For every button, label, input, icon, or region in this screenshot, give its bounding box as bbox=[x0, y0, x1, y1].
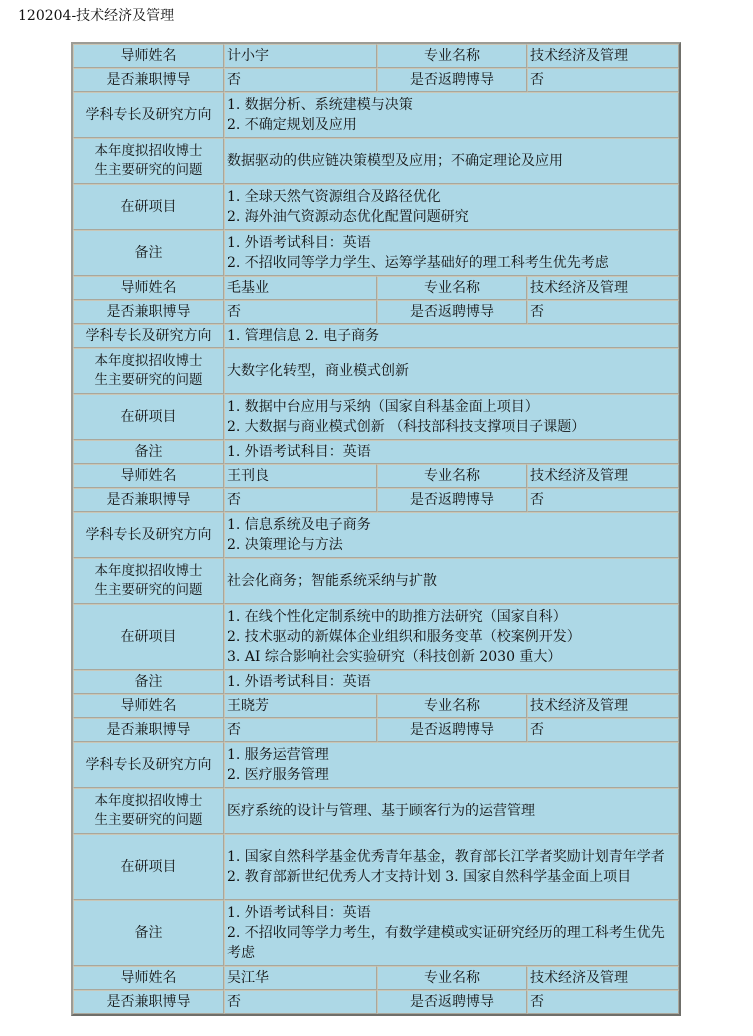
research-problem-label: 本年度拟招收博士 生主要研究的问题 bbox=[73, 788, 224, 834]
table-row: 是否兼职博导 否 是否返聘博导 否 bbox=[73, 718, 679, 742]
rehired-label: 是否返聘博导 bbox=[377, 68, 527, 92]
projects-value: 1. 国家自然科学基金优秀青年基金，教育部长江学者奖励计划青年学者 2. 教育部… bbox=[224, 834, 679, 900]
page-title: 120204-技术经济及管理 bbox=[18, 6, 174, 26]
table-row: 在研项目 1. 数据中台应用与采纳（国家自科基金面上项目） 2. 大数据与商业模… bbox=[73, 394, 679, 440]
rehired-value: 否 bbox=[527, 990, 679, 1014]
table-row: 本年度拟招收博士 生主要研究的问题 社会化商务；智能系统采纳与扩散 bbox=[73, 558, 679, 604]
advisor-name-label: 导师姓名 bbox=[73, 44, 224, 68]
major-name-value: 技术经济及管理 bbox=[527, 694, 679, 718]
remarks-value: 1. 外语考试科目：英语 bbox=[224, 670, 679, 694]
project-line: 1. 数据中台应用与采纳（国家自科基金面上项目） bbox=[227, 397, 676, 417]
table-row: 导师姓名 王晓芳 专业名称 技术经济及管理 bbox=[73, 694, 679, 718]
major-name-label: 专业名称 bbox=[377, 966, 527, 990]
rehired-value: 否 bbox=[527, 300, 679, 324]
table-row: 本年度拟招收博士 生主要研究的问题 医疗系统的设计与管理、基于顾客行为的运营管理 bbox=[73, 788, 679, 834]
table-row: 是否兼职博导 否 是否返聘博导 否 bbox=[73, 68, 679, 92]
remarks-label: 备注 bbox=[73, 440, 224, 464]
specialty-value: 1. 信息系统及电子商务 2. 决策理论与方法 bbox=[224, 512, 679, 558]
project-line: 1. 在线个性化定制系统中的助推方法研究（国家自科） bbox=[227, 607, 676, 627]
rehired-value: 否 bbox=[527, 488, 679, 512]
specialty-line: 2. 决策理论与方法 bbox=[227, 535, 676, 555]
part-time-label: 是否兼职博导 bbox=[73, 488, 224, 512]
major-name-label: 专业名称 bbox=[377, 694, 527, 718]
project-line: 2. 技术驱动的新媒体企业组织和服务变革（校案例开发） bbox=[227, 627, 676, 647]
specialty-line: 2. 医疗服务管理 bbox=[227, 765, 676, 785]
table-row: 学科专长及研究方向 1. 服务运营管理 2. 医疗服务管理 bbox=[73, 742, 679, 788]
major-name-value: 技术经济及管理 bbox=[527, 276, 679, 300]
projects-value: 1. 全球天然气资源组合及路径优化 2. 海外油气资源动态优化配置问题研究 bbox=[224, 184, 679, 230]
advisor-name-value: 吴江华 bbox=[224, 966, 377, 990]
part-time-value: 否 bbox=[224, 718, 377, 742]
table-row: 备注 1. 外语考试科目：英语 bbox=[73, 440, 679, 464]
research-problem-value: 医疗系统的设计与管理、基于顾客行为的运营管理 bbox=[224, 788, 679, 834]
research-problem-value: 社会化商务；智能系统采纳与扩散 bbox=[224, 558, 679, 604]
remark-line: 2. 不招收同等学力学生、运筹学基础好的理工科考生优先考虑 bbox=[227, 253, 676, 273]
advisor-name-label: 导师姓名 bbox=[73, 694, 224, 718]
remarks-value: 1. 外语考试科目：英语 2. 不招收同等学力考生，有数学建模或实证研究经历的理… bbox=[224, 900, 679, 966]
advisor-name-value: 王晓芳 bbox=[224, 694, 377, 718]
specialty-label: 学科专长及研究方向 bbox=[73, 324, 224, 348]
remarks-label: 备注 bbox=[73, 670, 224, 694]
table-row: 是否兼职博导 否 是否返聘博导 否 bbox=[73, 488, 679, 512]
specialty-line: 1. 服务运营管理 bbox=[227, 745, 676, 765]
project-line: 3. AI 综合影响社会实验研究（科技创新 2030 重大） bbox=[227, 647, 676, 667]
specialty-label: 学科专长及研究方向 bbox=[73, 742, 224, 788]
specialty-line: 2. 不确定规划及应用 bbox=[227, 115, 676, 135]
table-row: 导师姓名 王刊良 专业名称 技术经济及管理 bbox=[73, 464, 679, 488]
table-row: 备注 1. 外语考试科目：英语 bbox=[73, 670, 679, 694]
part-time-value: 否 bbox=[224, 300, 377, 324]
table-row: 本年度拟招收博士 生主要研究的问题 数据驱动的供应链决策模型及应用；不确定理论及… bbox=[73, 138, 679, 184]
advisor-name-label: 导师姓名 bbox=[73, 276, 224, 300]
advisor-name-value: 毛基业 bbox=[224, 276, 377, 300]
major-name-label: 专业名称 bbox=[377, 464, 527, 488]
table-row: 是否兼职博导 否 是否返聘博导 否 bbox=[73, 300, 679, 324]
projects-label: 在研项目 bbox=[73, 184, 224, 230]
remark-line: 1. 外语考试科目：英语 bbox=[227, 233, 676, 253]
major-name-value: 技术经济及管理 bbox=[527, 966, 679, 990]
table-row: 备注 1. 外语考试科目：英语 2. 不招收同等学力学生、运筹学基础好的理工科考… bbox=[73, 230, 679, 276]
part-time-label: 是否兼职博导 bbox=[73, 990, 224, 1014]
specialty-line: 1. 数据分析、系统建模与决策 bbox=[227, 95, 676, 115]
major-name-label: 专业名称 bbox=[377, 276, 527, 300]
research-problem-label: 本年度拟招收博士 生主要研究的问题 bbox=[73, 348, 224, 394]
table-row: 学科专长及研究方向 1. 数据分析、系统建模与决策 2. 不确定规划及应用 bbox=[73, 92, 679, 138]
advisor-name-value: 王刊良 bbox=[224, 464, 377, 488]
table-row: 本年度拟招收博士 生主要研究的问题 大数字化转型，商业模式创新 bbox=[73, 348, 679, 394]
part-time-label: 是否兼职博导 bbox=[73, 300, 224, 324]
specialty-label: 学科专长及研究方向 bbox=[73, 512, 224, 558]
projects-value: 1. 在线个性化定制系统中的助推方法研究（国家自科） 2. 技术驱动的新媒体企业… bbox=[224, 604, 679, 670]
specialty-label: 学科专长及研究方向 bbox=[73, 92, 224, 138]
specialty-line: 1. 信息系统及电子商务 bbox=[227, 515, 676, 535]
advisor-info-table: 导师姓名 计小宇 专业名称 技术经济及管理 是否兼职博导 否 是否返聘博导 否 … bbox=[71, 42, 681, 1016]
research-problem-label: 本年度拟招收博士 生主要研究的问题 bbox=[73, 138, 224, 184]
remarks-value: 1. 外语考试科目：英语 bbox=[224, 440, 679, 464]
projects-label: 在研项目 bbox=[73, 834, 224, 900]
part-time-value: 否 bbox=[224, 990, 377, 1014]
part-time-label: 是否兼职博导 bbox=[73, 68, 224, 92]
part-time-value: 否 bbox=[224, 68, 377, 92]
specialty-value: 1. 管理信息 2. 电子商务 bbox=[224, 324, 679, 348]
research-problem-value: 大数字化转型，商业模式创新 bbox=[224, 348, 679, 394]
rehired-value: 否 bbox=[527, 718, 679, 742]
remark-line: 1. 外语考试科目：英语 bbox=[227, 903, 676, 923]
table-row: 备注 1. 外语考试科目：英语 2. 不招收同等学力考生，有数学建模或实证研究经… bbox=[73, 900, 679, 966]
remark-line: 2. 不招收同等学力考生，有数学建模或实证研究经历的理工科考生优先考虑 bbox=[227, 923, 676, 963]
table-row: 导师姓名 毛基业 专业名称 技术经济及管理 bbox=[73, 276, 679, 300]
research-problem-value: 数据驱动的供应链决策模型及应用；不确定理论及应用 bbox=[224, 138, 679, 184]
major-name-value: 技术经济及管理 bbox=[527, 44, 679, 68]
remarks-label: 备注 bbox=[73, 230, 224, 276]
rehired-label: 是否返聘博导 bbox=[377, 990, 527, 1014]
table-row: 学科专长及研究方向 1. 管理信息 2. 电子商务 bbox=[73, 324, 679, 348]
part-time-value: 否 bbox=[224, 488, 377, 512]
remarks-value: 1. 外语考试科目：英语 2. 不招收同等学力学生、运筹学基础好的理工科考生优先… bbox=[224, 230, 679, 276]
major-name-label: 专业名称 bbox=[377, 44, 527, 68]
projects-label: 在研项目 bbox=[73, 604, 224, 670]
projects-value: 1. 数据中台应用与采纳（国家自科基金面上项目） 2. 大数据与商业模式创新 （… bbox=[224, 394, 679, 440]
rehired-label: 是否返聘博导 bbox=[377, 300, 527, 324]
advisor-name-value: 计小宇 bbox=[224, 44, 377, 68]
specialty-value: 1. 数据分析、系统建模与决策 2. 不确定规划及应用 bbox=[224, 92, 679, 138]
table-row: 导师姓名 计小宇 专业名称 技术经济及管理 bbox=[73, 44, 679, 68]
project-line: 2. 大数据与商业模式创新 （科技部科技支撑项目子课题） bbox=[227, 417, 676, 437]
project-line: 1. 全球天然气资源组合及路径优化 bbox=[227, 187, 676, 207]
remarks-label: 备注 bbox=[73, 900, 224, 966]
advisor-name-label: 导师姓名 bbox=[73, 464, 224, 488]
projects-label: 在研项目 bbox=[73, 394, 224, 440]
specialty-value: 1. 服务运营管理 2. 医疗服务管理 bbox=[224, 742, 679, 788]
table-row: 在研项目 1. 在线个性化定制系统中的助推方法研究（国家自科） 2. 技术驱动的… bbox=[73, 604, 679, 670]
table-row: 是否兼职博导 否 是否返聘博导 否 bbox=[73, 990, 679, 1014]
table-row: 学科专长及研究方向 1. 信息系统及电子商务 2. 决策理论与方法 bbox=[73, 512, 679, 558]
table-row: 在研项目 1. 全球天然气资源组合及路径优化 2. 海外油气资源动态优化配置问题… bbox=[73, 184, 679, 230]
advisor-name-label: 导师姓名 bbox=[73, 966, 224, 990]
part-time-label: 是否兼职博导 bbox=[73, 718, 224, 742]
table-row: 在研项目 1. 国家自然科学基金优秀青年基金，教育部长江学者奖励计划青年学者 2… bbox=[73, 834, 679, 900]
major-name-value: 技术经济及管理 bbox=[527, 464, 679, 488]
rehired-label: 是否返聘博导 bbox=[377, 488, 527, 512]
table-row: 导师姓名 吴江华 专业名称 技术经济及管理 bbox=[73, 966, 679, 990]
rehired-label: 是否返聘博导 bbox=[377, 718, 527, 742]
project-line: 2. 海外油气资源动态优化配置问题研究 bbox=[227, 207, 676, 227]
research-problem-label: 本年度拟招收博士 生主要研究的问题 bbox=[73, 558, 224, 604]
rehired-value: 否 bbox=[527, 68, 679, 92]
